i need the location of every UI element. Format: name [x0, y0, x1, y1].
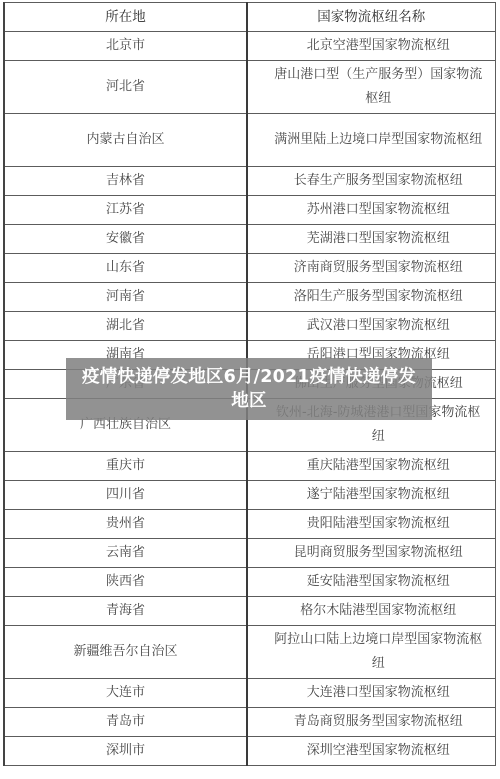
- cell-hub: 苏州港口型国家物流枢纽: [247, 196, 495, 225]
- table-row: 大连市 大连港口型国家物流枢纽: [4, 679, 495, 708]
- cell-hub: 格尔木陆港型国家物流枢纽: [247, 597, 495, 626]
- table-row: 内蒙古自治区 满洲里陆上边境口岸型国家物流枢纽: [4, 114, 495, 167]
- cell-location: 云南省: [4, 539, 247, 568]
- cell-location: 深圳市: [4, 737, 247, 766]
- table-row: 吉林省 长春生产服务型国家物流枢纽: [4, 167, 495, 196]
- table-row: 湖北省 武汉港口型国家物流枢纽: [4, 312, 495, 341]
- cell-hub: 延安陆港型国家物流枢纽: [247, 568, 495, 597]
- table-row: 青岛市 青岛商贸服务型国家物流枢纽: [4, 708, 495, 737]
- cell-location: 四川省: [4, 481, 247, 510]
- cell-hub: 遂宁陆港型国家物流枢纽: [247, 481, 495, 510]
- table-header-row: 所在地 国家物流枢纽名称: [4, 3, 495, 32]
- cell-hub: 济南商贸服务型国家物流枢纽: [247, 254, 495, 283]
- cell-hub: 武汉港口型国家物流枢纽: [247, 312, 495, 341]
- cell-location: 山东省: [4, 254, 247, 283]
- cell-hub: 贵阳陆港型国家物流枢纽: [247, 510, 495, 539]
- cell-location: 青岛市: [4, 708, 247, 737]
- cell-hub: 芜湖港口型国家物流枢纽: [247, 225, 495, 254]
- cell-location: 吉林省: [4, 167, 247, 196]
- cell-location: 湖北省: [4, 312, 247, 341]
- overlay-title: 疫情快递停发地区6月/2021疫情快递停发地区: [74, 365, 424, 413]
- cell-hub: 满洲里陆上边境口岸型国家物流枢纽: [247, 114, 495, 167]
- cell-location: 大连市: [4, 679, 247, 708]
- cell-location: 北京市: [4, 32, 247, 61]
- cell-location: 河北省: [4, 61, 247, 114]
- cell-location: 河南省: [4, 283, 247, 312]
- table-row: 云南省 昆明商贸服务型国家物流枢纽: [4, 539, 495, 568]
- cell-hub: 北京空港型国家物流枢纽: [247, 32, 495, 61]
- table-row: 河北省 唐山港口型（生产服务型）国家物流枢纽: [4, 61, 495, 114]
- table-row: 青海省 格尔木陆港型国家物流枢纽: [4, 597, 495, 626]
- cell-hub: 青岛商贸服务型国家物流枢纽: [247, 708, 495, 737]
- cell-location: 贵州省: [4, 510, 247, 539]
- cell-hub: 长春生产服务型国家物流枢纽: [247, 167, 495, 196]
- cell-hub: 重庆陆港型国家物流枢纽: [247, 452, 495, 481]
- table-row: 安徽省 芜湖港口型国家物流枢纽: [4, 225, 495, 254]
- title-overlay-banner: 疫情快递停发地区6月/2021疫情快递停发地区: [66, 358, 432, 420]
- table-row: 深圳市 深圳空港型国家物流枢纽: [4, 737, 495, 766]
- header-location: 所在地: [4, 3, 247, 32]
- table-row: 北京市 北京空港型国家物流枢纽: [4, 32, 495, 61]
- cell-hub: 大连港口型国家物流枢纽: [247, 679, 495, 708]
- table-row: 重庆市 重庆陆港型国家物流枢纽: [4, 452, 495, 481]
- table-row: 贵州省 贵阳陆港型国家物流枢纽: [4, 510, 495, 539]
- table-row: 新疆维吾尔自治区 阿拉山口陆上边境口岸型国家物流枢纽: [4, 626, 495, 679]
- cell-location: 陕西省: [4, 568, 247, 597]
- table-row: 陕西省 延安陆港型国家物流枢纽: [4, 568, 495, 597]
- cell-hub: 昆明商贸服务型国家物流枢纽: [247, 539, 495, 568]
- cell-location: 内蒙古自治区: [4, 114, 247, 167]
- cell-location: 江苏省: [4, 196, 247, 225]
- cell-location: 重庆市: [4, 452, 247, 481]
- table-row: 河南省 洛阳生产服务型国家物流枢纽: [4, 283, 495, 312]
- cell-hub: 洛阳生产服务型国家物流枢纽: [247, 283, 495, 312]
- cell-location: 新疆维吾尔自治区: [4, 626, 247, 679]
- cell-location: 安徽省: [4, 225, 247, 254]
- header-hub-name: 国家物流枢纽名称: [247, 3, 495, 32]
- cell-hub: 唐山港口型（生产服务型）国家物流枢纽: [247, 61, 495, 114]
- cell-location: 青海省: [4, 597, 247, 626]
- table-row: 山东省 济南商贸服务型国家物流枢纽: [4, 254, 495, 283]
- cell-hub: 深圳空港型国家物流枢纽: [247, 737, 495, 766]
- cell-hub: 阿拉山口陆上边境口岸型国家物流枢纽: [247, 626, 495, 679]
- table-row: 江苏省 苏州港口型国家物流枢纽: [4, 196, 495, 225]
- table-row: 四川省 遂宁陆港型国家物流枢纽: [4, 481, 495, 510]
